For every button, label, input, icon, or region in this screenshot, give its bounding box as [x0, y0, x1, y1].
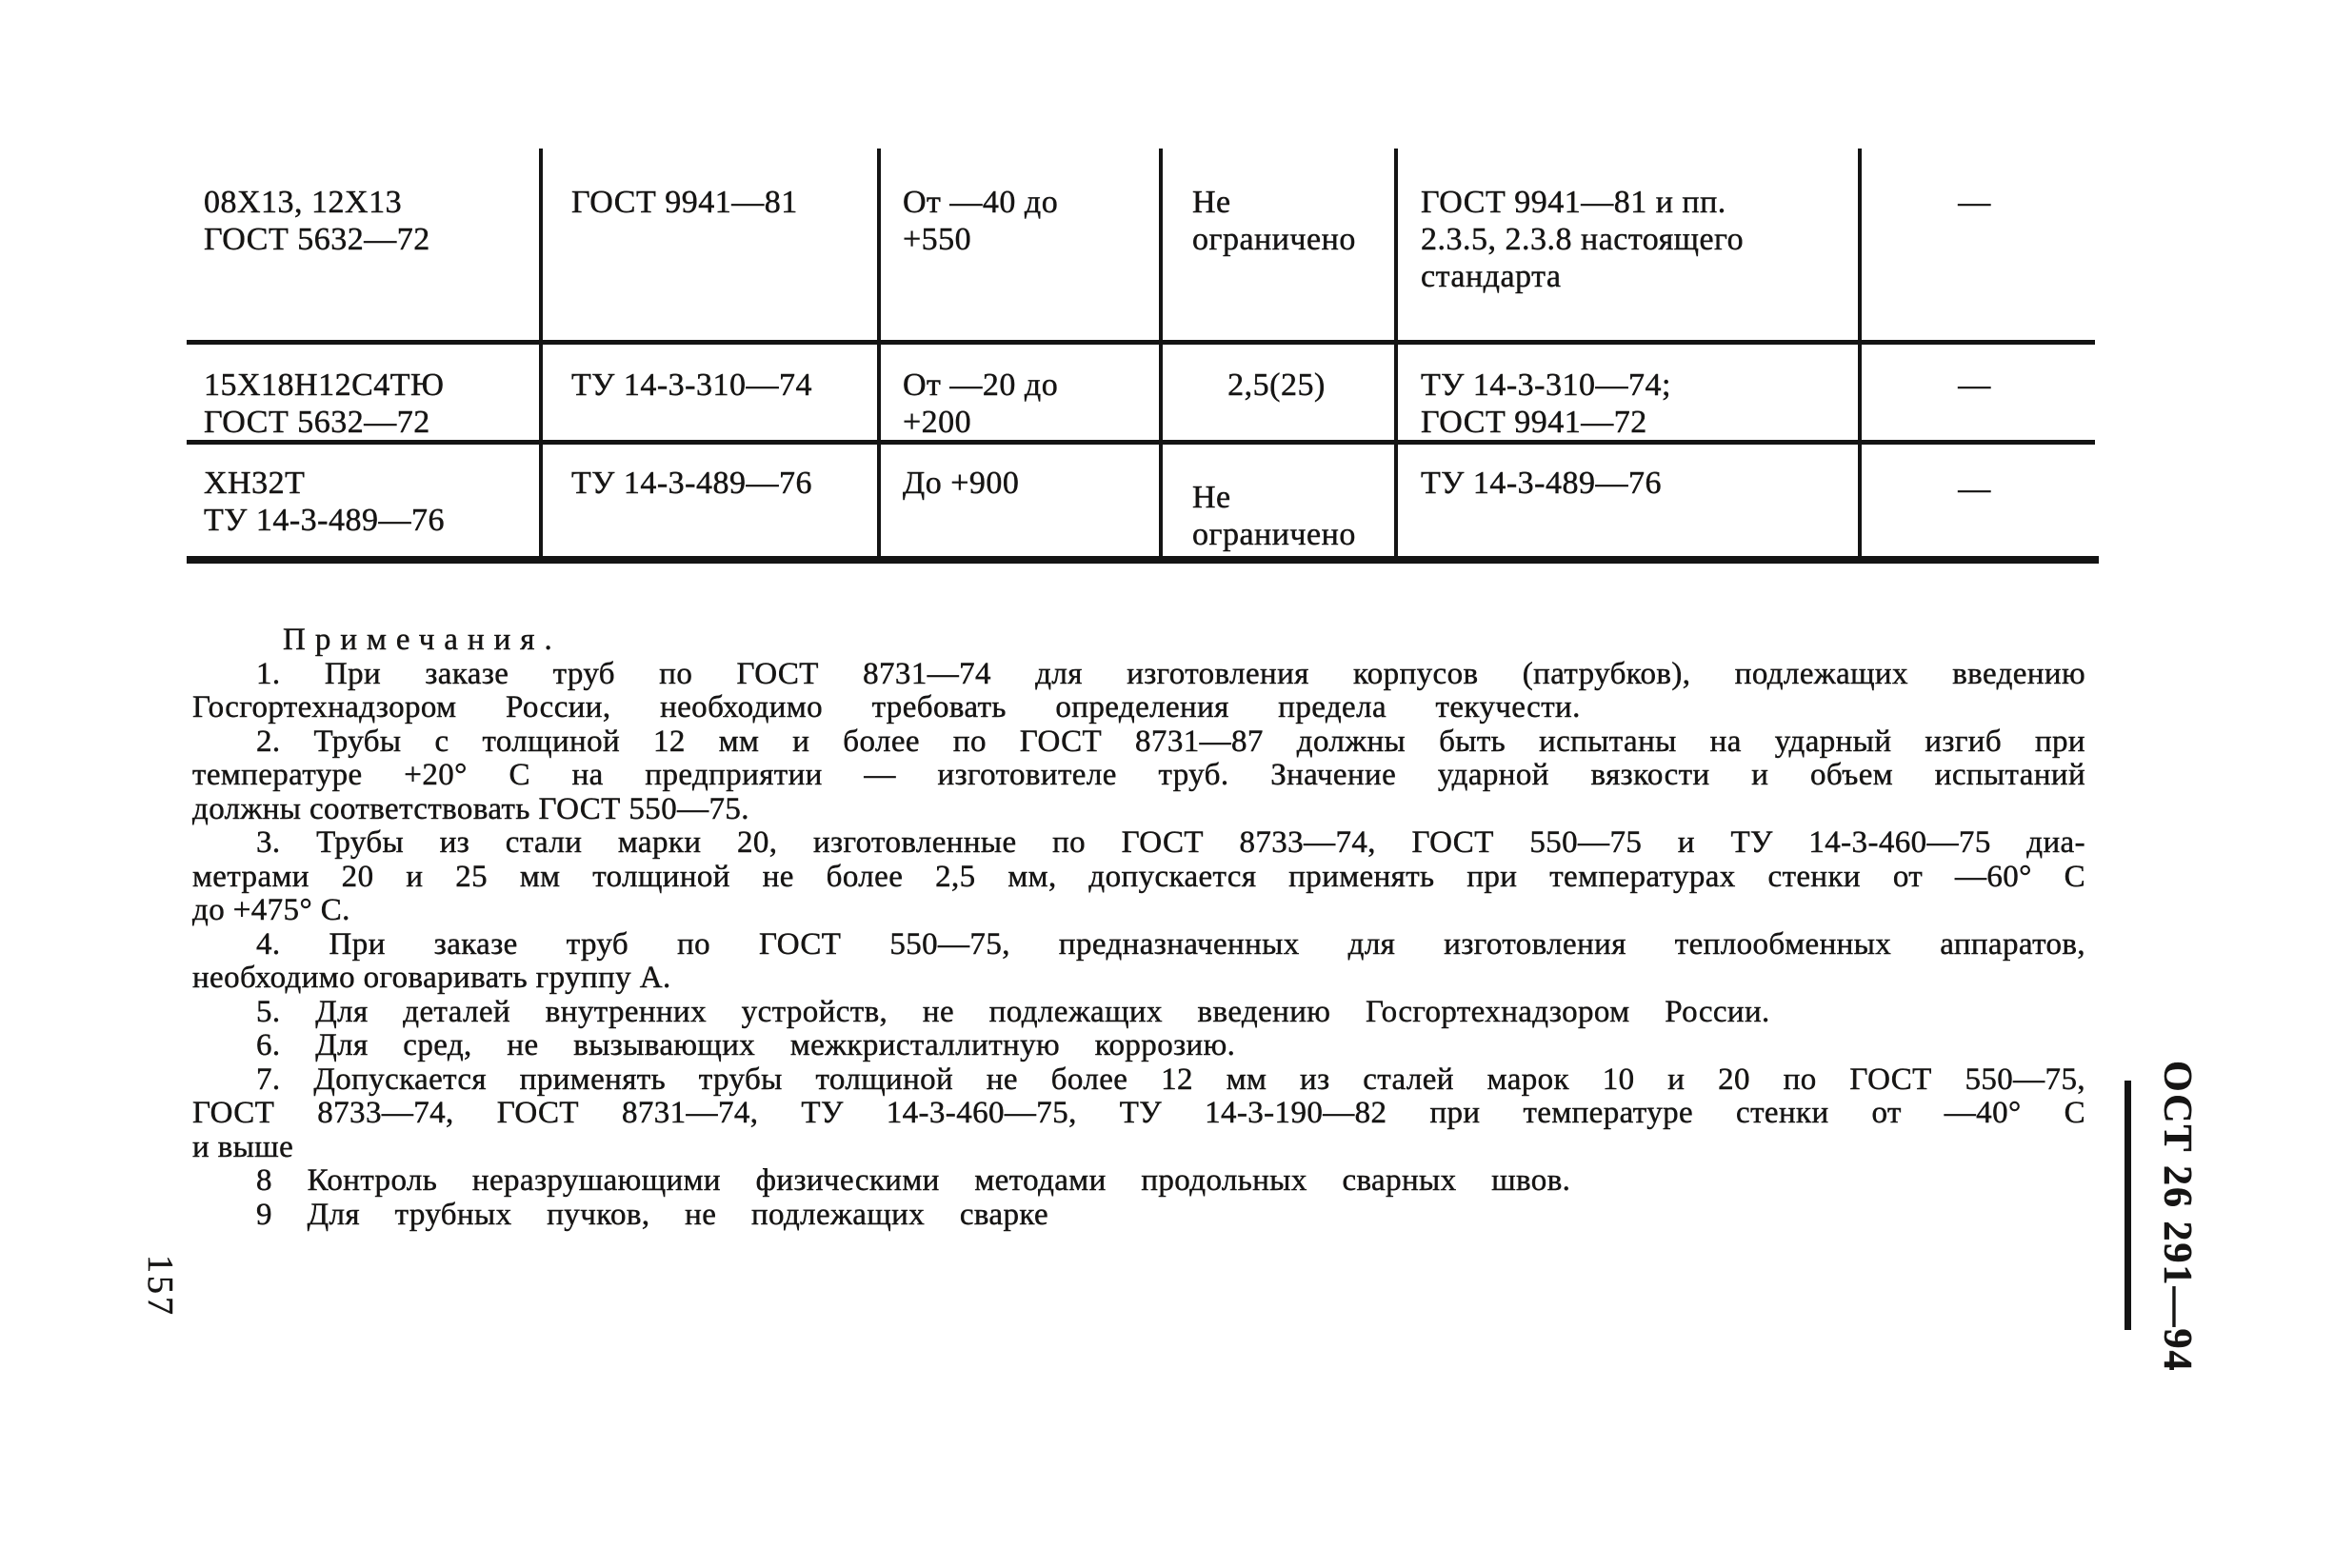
note-line: 5. Для деталей внутренних устройств, не …: [192, 996, 2085, 1030]
sidebar-rule: [2125, 1081, 2131, 1330]
cell-note-dash: —: [1858, 184, 2091, 221]
cell-pressure: 2,5(25): [1159, 367, 1394, 404]
table-column-divider: [539, 149, 543, 562]
table-row-divider: [187, 340, 2095, 345]
table-column-divider: [877, 149, 881, 562]
note-line: до +475° С.: [192, 894, 2085, 928]
cell-standard: ТУ 14-3-489—76: [571, 465, 862, 502]
cell-grade: ХН32Т ТУ 14-3-489—76: [204, 465, 532, 539]
cell-control-docs: ТУ 14-3-489—76: [1421, 465, 1845, 502]
standard-designation-label: ОСТ 26 291—94: [2139, 1061, 2200, 1346]
note-line: и выше: [192, 1131, 2085, 1165]
cell-pressure: Не ограничено: [1192, 479, 1387, 553]
note-line: 8 Контроль неразрушающими физическими ме…: [192, 1164, 2085, 1199]
note-line: должны соответствовать ГОСТ 550—75.: [192, 793, 2085, 827]
cell-note-dash: —: [1858, 367, 2091, 404]
document-page: 08Х13, 12Х13 ГОСТ 5632—72 ГОСТ 9941—81 О…: [0, 0, 2334, 1568]
cell-grade: 08Х13, 12Х13 ГОСТ 5632—72: [204, 184, 523, 258]
note-line: метрами 20 и 25 мм толщиной не более 2,5…: [192, 861, 2085, 895]
note-line: ГОСТ 8733—74, ГОСТ 8731—74, ТУ 14-3-460—…: [192, 1097, 2085, 1131]
note-line: Госгортехнадзором России, необходимо тре…: [192, 691, 2085, 725]
note-line: необходимо оговаривать группу А.: [192, 962, 2085, 996]
cell-standard: ТУ 14-3-310—74: [571, 367, 862, 404]
cell-note-dash: —: [1858, 470, 2091, 507]
note-line: 2. Трубы с толщиной 12 мм и более по ГОС…: [192, 725, 2085, 760]
note-line: 3. Трубы из стали марки 20, изготовленны…: [192, 826, 2085, 861]
cell-control-docs: ГОСТ 9941—81 и пп. 2.3.5, 2.3.8 настояще…: [1421, 184, 1845, 295]
table-column-divider: [1394, 149, 1398, 562]
note-line: 1. При заказе труб по ГОСТ 8731—74 для и…: [192, 658, 2085, 692]
cell-grade: 15Х18Н12С4ТЮ ГОСТ 5632—72: [204, 367, 532, 441]
cell-temperature-range: От —20 до +200: [903, 367, 1146, 441]
table-column-divider: [1159, 149, 1163, 562]
note-line: 6. Для сред, не вызывающих межкристаллит…: [192, 1029, 2085, 1063]
page-number: 157: [139, 1255, 181, 1331]
cell-temperature-range: До +900: [903, 465, 1146, 502]
note-line: температуре +20° С на предприятии — изго…: [192, 759, 2085, 793]
cell-standard: ГОСТ 9941—81: [571, 184, 862, 221]
note-line: 9 Для трубных пучков, не подлежащих свар…: [192, 1199, 2085, 1233]
cell-temperature-range: От —40 до +550: [903, 184, 1146, 258]
notes-heading: Примечания.: [283, 624, 2085, 658]
note-line: 7. Допускается применять трубы толщиной …: [192, 1063, 2085, 1098]
cell-control-docs: ТУ 14-3-310—74; ГОСТ 9941—72: [1421, 367, 1845, 441]
table-bottom-border: [187, 556, 2099, 564]
notes-section: Примечания. 1. При заказе труб по ГОСТ 8…: [192, 624, 2085, 1232]
note-line: 4. При заказе труб по ГОСТ 550—75, предн…: [192, 928, 2085, 963]
cell-pressure: Не ограничено: [1192, 184, 1387, 258]
